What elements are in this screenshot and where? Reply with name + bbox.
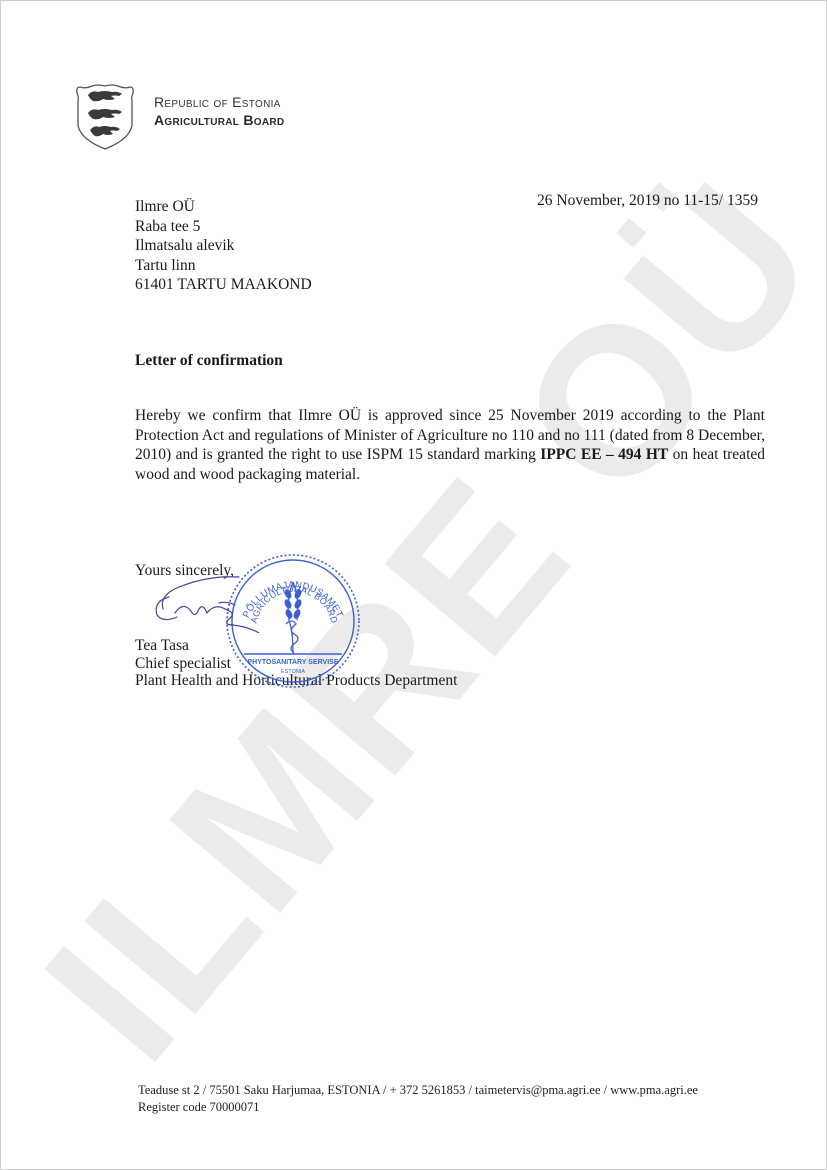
address-line: Ilmatsalu alevik xyxy=(135,236,312,256)
organization-name: Republic of Estonia Agricultural Board xyxy=(154,93,284,129)
org-line-1: Republic of Estonia xyxy=(154,93,284,111)
recipient-address: Ilmre OÜ Raba tee 5 Ilmatsalu alevik Tar… xyxy=(135,197,312,295)
address-line: Raba tee 5 xyxy=(135,217,312,237)
handwritten-signature xyxy=(149,573,299,633)
address-line: Tartu linn xyxy=(135,256,312,276)
address-line: Ilmre OÜ xyxy=(135,197,312,217)
letter-subject: Letter of confirmation xyxy=(135,352,283,370)
stamp-country: ESTONIA xyxy=(281,669,305,675)
marking-code: IPPC EE – 494 HT xyxy=(540,446,668,463)
date-reference: 26 November, 2019 no 11-15/ 1359 xyxy=(537,192,758,210)
footer: Teaduse st 2 / 75501 Saku Harjumaa, ESTO… xyxy=(138,1082,698,1116)
document-page: ILMRE OÜ Republic of Estonia Agricultura… xyxy=(0,0,827,1170)
stamp-bottom-text: PHYTOSANITARY SERVISE xyxy=(247,659,338,666)
footer-register-code: Register code 70000071 xyxy=(138,1099,698,1116)
address-line: 61401 TARTU MAAKOND xyxy=(135,275,312,295)
footer-contact: Teaduse st 2 / 75501 Saku Harjumaa, ESTO… xyxy=(138,1082,698,1099)
letter-body: Hereby we confirm that Ilmre OÜ is appro… xyxy=(135,406,765,484)
coat-of-arms-icon xyxy=(74,81,136,151)
org-line-2: Agricultural Board xyxy=(154,111,284,129)
